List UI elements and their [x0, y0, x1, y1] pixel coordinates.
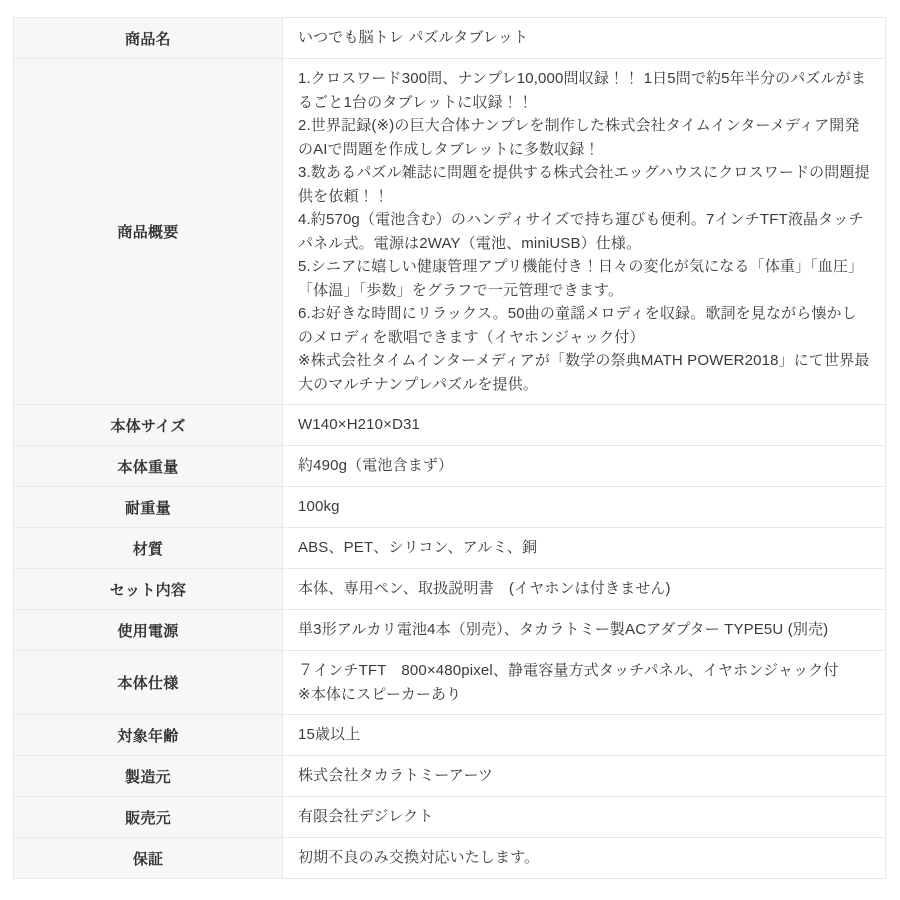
- table-row-warranty: 保証 初期不良のみ交換対応いたします。: [14, 838, 885, 878]
- table-row-body-size: 本体サイズ W140×H210×D31: [14, 405, 885, 446]
- row-label: 使用電源: [14, 610, 283, 650]
- row-label: 耐重量: [14, 487, 283, 527]
- table-row-set-contents: セット内容 本体、専用ペン、取扱説明書 (イヤホンは付きません): [14, 569, 885, 610]
- row-label: 本体サイズ: [14, 405, 283, 445]
- row-label: 保証: [14, 838, 283, 878]
- value-line: 1.クロスワード300問、ナンプレ10,000問収録！！ 1日5問で約5年半分の…: [298, 67, 870, 114]
- value-line: W140×H210×D31: [298, 413, 870, 437]
- table-row-power-source: 使用電源 単3形アルカリ電池4本（別売）、タカラトミー製ACアダプター TYPE…: [14, 610, 885, 651]
- value-line: 約490g（電池含まず）: [298, 454, 870, 478]
- value-line: 5.シニアに嬉しい健康管理アプリ機能付き！日々の変化が気になる「体重」「血圧」「…: [298, 255, 870, 302]
- row-label: 材質: [14, 528, 283, 568]
- table-row-load-capacity: 耐重量 100kg: [14, 487, 885, 528]
- table-row-target-age: 対象年齢 15歳以上: [14, 715, 885, 756]
- value-line: 6.お好きな時間にリラックス。50曲の童謡メロディを収録。歌詞を見ながら懐かしの…: [298, 302, 870, 349]
- value-line: 株式会社タカラトミーアーツ: [298, 764, 870, 788]
- row-value: 1.クロスワード300問、ナンプレ10,000問収録！！ 1日5問で約5年半分の…: [283, 59, 885, 404]
- value-line: 4.約570g（電池含む）のハンディサイズで持ち運びも便利。7インチTFT液晶タ…: [298, 208, 870, 255]
- row-value: 有限会社デジレクト: [283, 797, 885, 837]
- row-value: いつでも脳トレ パズルタブレット: [283, 18, 885, 58]
- value-line: 2.世界記録(※)の巨大合体ナンプレを制作した株式会社タイムインターメディア開発…: [298, 114, 870, 161]
- value-line: 100kg: [298, 495, 870, 519]
- row-label: 製造元: [14, 756, 283, 796]
- value-line: ※株式会社タイムインターメディアが「数学の祭典MATH POWER2018」にて…: [298, 349, 870, 396]
- value-line: 有限会社デジレクト: [298, 805, 870, 829]
- row-value: 約490g（電池含まず）: [283, 446, 885, 486]
- value-line: 3.数あるパズル雑誌に問題を提供する株式会社エッグハウスにクロスワードの問題提供…: [298, 161, 870, 208]
- table-row-manufacturer: 製造元 株式会社タカラトミーアーツ: [14, 756, 885, 797]
- row-label: 商品名: [14, 18, 283, 58]
- row-value: 初期不良のみ交換対応いたします。: [283, 838, 885, 878]
- row-label: 本体重量: [14, 446, 283, 486]
- row-value: 100kg: [283, 487, 885, 527]
- table-row-seller: 販売元 有限会社デジレクト: [14, 797, 885, 838]
- table-row-body-weight: 本体重量 約490g（電池含まず）: [14, 446, 885, 487]
- value-line: ※本体にスピーカーあり: [298, 683, 870, 707]
- value-line: 本体、専用ペン、取扱説明書 (イヤホンは付きません): [298, 577, 870, 601]
- row-label: 本体仕様: [14, 651, 283, 714]
- row-label: セット内容: [14, 569, 283, 609]
- table-row-product-name: 商品名 いつでも脳トレ パズルタブレット: [14, 18, 885, 59]
- row-label: 商品概要: [14, 59, 283, 404]
- value-line: 15歳以上: [298, 723, 870, 747]
- row-value: ABS、PET、シリコン、アルミ、銅: [283, 528, 885, 568]
- value-line: ７インチTFT 800×480pixel、静電容量方式タッチパネル、イヤホンジャ…: [298, 659, 870, 683]
- table-row-material: 材質 ABS、PET、シリコン、アルミ、銅: [14, 528, 885, 569]
- table-row-body-spec: 本体仕様 ７インチTFT 800×480pixel、静電容量方式タッチパネル、イ…: [14, 651, 885, 715]
- row-label: 販売元: [14, 797, 283, 837]
- table-row-product-overview: 商品概要 1.クロスワード300問、ナンプレ10,000問収録！！ 1日5問で約…: [14, 59, 885, 405]
- row-value: 単3形アルカリ電池4本（別売）、タカラトミー製ACアダプター TYPE5U (別…: [283, 610, 885, 650]
- value-line: ABS、PET、シリコン、アルミ、銅: [298, 536, 870, 560]
- row-value: 本体、専用ペン、取扱説明書 (イヤホンは付きません): [283, 569, 885, 609]
- value-line: いつでも脳トレ パズルタブレット: [298, 26, 870, 50]
- value-line: 初期不良のみ交換対応いたします。: [298, 846, 870, 870]
- row-value: 株式会社タカラトミーアーツ: [283, 756, 885, 796]
- product-spec-table: 商品名 いつでも脳トレ パズルタブレット 商品概要 1.クロスワード300問、ナ…: [13, 17, 886, 879]
- row-value: ７インチTFT 800×480pixel、静電容量方式タッチパネル、イヤホンジャ…: [283, 651, 885, 714]
- row-label: 対象年齢: [14, 715, 283, 755]
- row-value: 15歳以上: [283, 715, 885, 755]
- row-value: W140×H210×D31: [283, 405, 885, 445]
- value-line: 単3形アルカリ電池4本（別売）、タカラトミー製ACアダプター TYPE5U (別…: [298, 618, 870, 642]
